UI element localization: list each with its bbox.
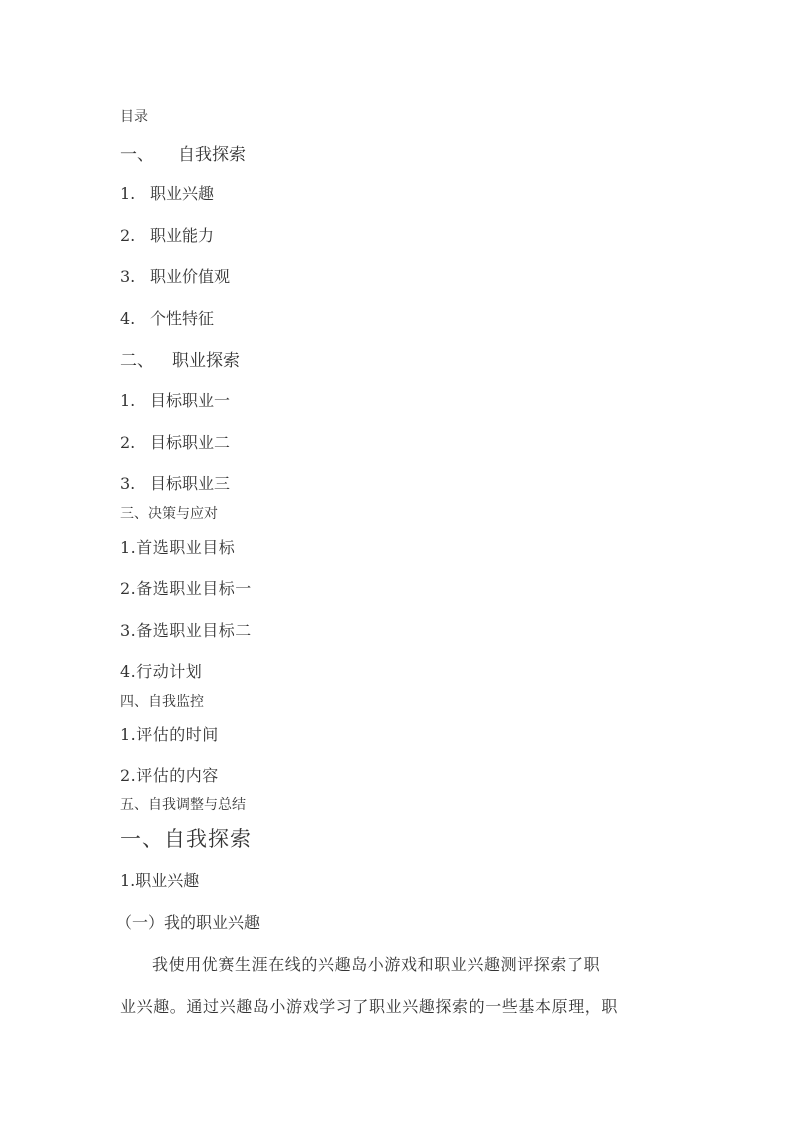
toc-title: 目录 (120, 106, 148, 126)
toc-item: 2.备选职业目标一 (120, 576, 252, 599)
toc-item: 3.职业价值观 (120, 264, 230, 287)
toc-section-4: 四、自我监控 (120, 691, 204, 711)
toc-section-2: 二、职业探索 (120, 346, 240, 371)
toc-item: 1.评估的时间 (120, 722, 219, 745)
toc-section-3: 三、决策与应对 (120, 503, 218, 523)
toc-section-1: 一、自我探索 (120, 140, 246, 165)
toc-item: 2.评估的内容 (120, 763, 219, 786)
toc-item: 4.个性特征 (120, 306, 214, 329)
toc-item: 1.职业兴趣 (120, 181, 214, 204)
subsection-heading: 1.职业兴趣 (120, 868, 199, 891)
toc-item: 1.首选职业目标 (120, 535, 235, 558)
paragraph-line: 业兴趣。通过兴趣岛小游戏学习了职业兴趣探索的一些基本原理，职 (120, 994, 680, 1017)
paragraph-line: 我使用优赛生涯在线的兴趣岛小游戏和职业兴趣测评探索了职 (152, 952, 712, 975)
toc-item: 2.职业能力 (120, 223, 214, 246)
toc-section-5: 五、自我调整与总结 (120, 794, 246, 814)
toc-section-number: 一、 (120, 140, 178, 165)
toc-item: 4.行动计划 (120, 659, 202, 682)
toc-section-number: 二、 (120, 346, 172, 371)
toc-section-label: 自我探索 (178, 145, 246, 165)
toc-item: 1.目标职业一 (120, 388, 230, 411)
toc-item: 2.目标职业二 (120, 430, 230, 453)
toc-item: 3.备选职业目标二 (120, 618, 252, 641)
section-heading: 一、自我探索 (120, 823, 252, 853)
toc-item: 3.目标职业三 (120, 471, 230, 494)
toc-section-label: 职业探索 (172, 351, 240, 371)
subsubsection-heading: （一）我的职业兴趣 (116, 910, 260, 933)
